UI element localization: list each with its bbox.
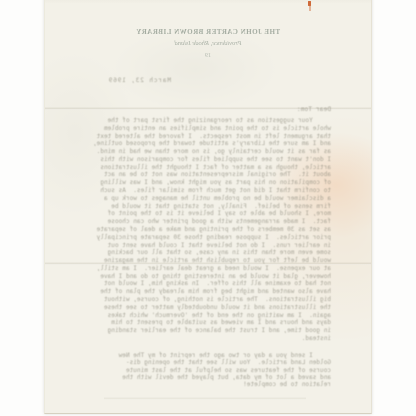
typed-text-line: the illustrations and it would undoubted… bbox=[65, 304, 331, 312]
typed-text-line: and I am sure the Library's attitude tow… bbox=[65, 140, 331, 148]
typed-text-line: again. I am waiting on the end of the 'O… bbox=[65, 312, 331, 320]
typed-text-line: days and hours and I am viewed as suitab… bbox=[65, 319, 331, 327]
typed-text-line: relation to be complete! bbox=[65, 381, 331, 388]
typed-text-line: at our expense. I would need a great dea… bbox=[65, 265, 331, 273]
typed-text-line: to confirm that I did not get much from … bbox=[65, 187, 331, 195]
typed-text-line: in earlier runs. I do not believe that I… bbox=[65, 242, 331, 250]
letterhead-library-name: THE JOHN CARTER BROWN LIBRARY bbox=[45, 28, 371, 36]
letter-body-paragraphs: Your suggestion as to reorganizing the f… bbox=[65, 117, 331, 343]
typed-text-line: prior articles. I suppose reading those … bbox=[65, 234, 331, 242]
typed-text-line: would be left for you to republish the a… bbox=[65, 257, 331, 265]
letter-closing-paragraph: I send you a day or two ago the reprint … bbox=[65, 352, 331, 388]
typed-text-line: Golden Land article. You will see that t… bbox=[65, 359, 331, 366]
typed-text-line: firm sense of belief. Finally, not stati… bbox=[65, 203, 331, 211]
letterhead-year-mark: 19 bbox=[45, 53, 371, 59]
typed-text-line: have also wanted and might beg from him … bbox=[65, 288, 331, 296]
typed-text-line: course of the features was so helpful at… bbox=[65, 367, 331, 374]
photo-of-letter-verso: THE JOHN CARTER BROWN LIBRARY Providence… bbox=[0, 0, 416, 416]
mirrored-text-layer: THE JOHN CARTER BROWN LIBRARY Providence… bbox=[45, 0, 371, 413]
typed-text-line: article, though as a matter of fact I th… bbox=[65, 164, 331, 172]
letter-salutation: Dear Tom: bbox=[297, 106, 331, 113]
typed-text-line: some even more than this in any case, so… bbox=[65, 249, 331, 257]
letterhead-city-line: Providence, Rhode Island bbox=[45, 40, 371, 47]
typed-text-line: not had to examine all this offer. In as… bbox=[65, 280, 331, 288]
typed-text-line: however, glad it would be an interesting… bbox=[65, 273, 331, 281]
letter-paper-sheet: THE JOHN CARTER BROWN LIBRARY Providence… bbox=[44, 0, 372, 414]
typed-text-line: more, I should be able to say I believe … bbox=[65, 210, 331, 218]
typed-text-line: instead. bbox=[65, 335, 331, 343]
typed-text-line: big illustrations. The article is nothin… bbox=[65, 296, 331, 304]
typed-text-line: that argument left in most respects. I f… bbox=[65, 133, 331, 141]
typed-text-line: Your suggestion as to reorganizing the f… bbox=[65, 117, 331, 125]
typed-text-line: and saved a lot of my data, but played t… bbox=[65, 374, 331, 381]
typed-text-line: whole article is to the point and simpli… bbox=[65, 125, 331, 133]
typed-text-line: of compilation on his part as you might … bbox=[65, 179, 331, 187]
typed-text-line: I send you a day or two ago the reprint … bbox=[65, 352, 331, 359]
typed-text-line: in good time, and I trust the balance of… bbox=[65, 327, 331, 335]
letter-date-line: March 23, 1969 bbox=[108, 77, 171, 84]
typed-text-line: as set as 30 members of the printing and… bbox=[65, 226, 331, 234]
typed-text-line: about it. The original misrepresentation… bbox=[65, 171, 331, 179]
typed-text-line: fact. I made arrangements with a good pr… bbox=[65, 218, 331, 226]
typed-text-line: I don't want to see the supplied files f… bbox=[65, 156, 331, 164]
typed-text-line: as far as it would certainly go, is no m… bbox=[65, 148, 331, 156]
typed-text-line: a disclaimer would be no problem until h… bbox=[65, 195, 331, 203]
